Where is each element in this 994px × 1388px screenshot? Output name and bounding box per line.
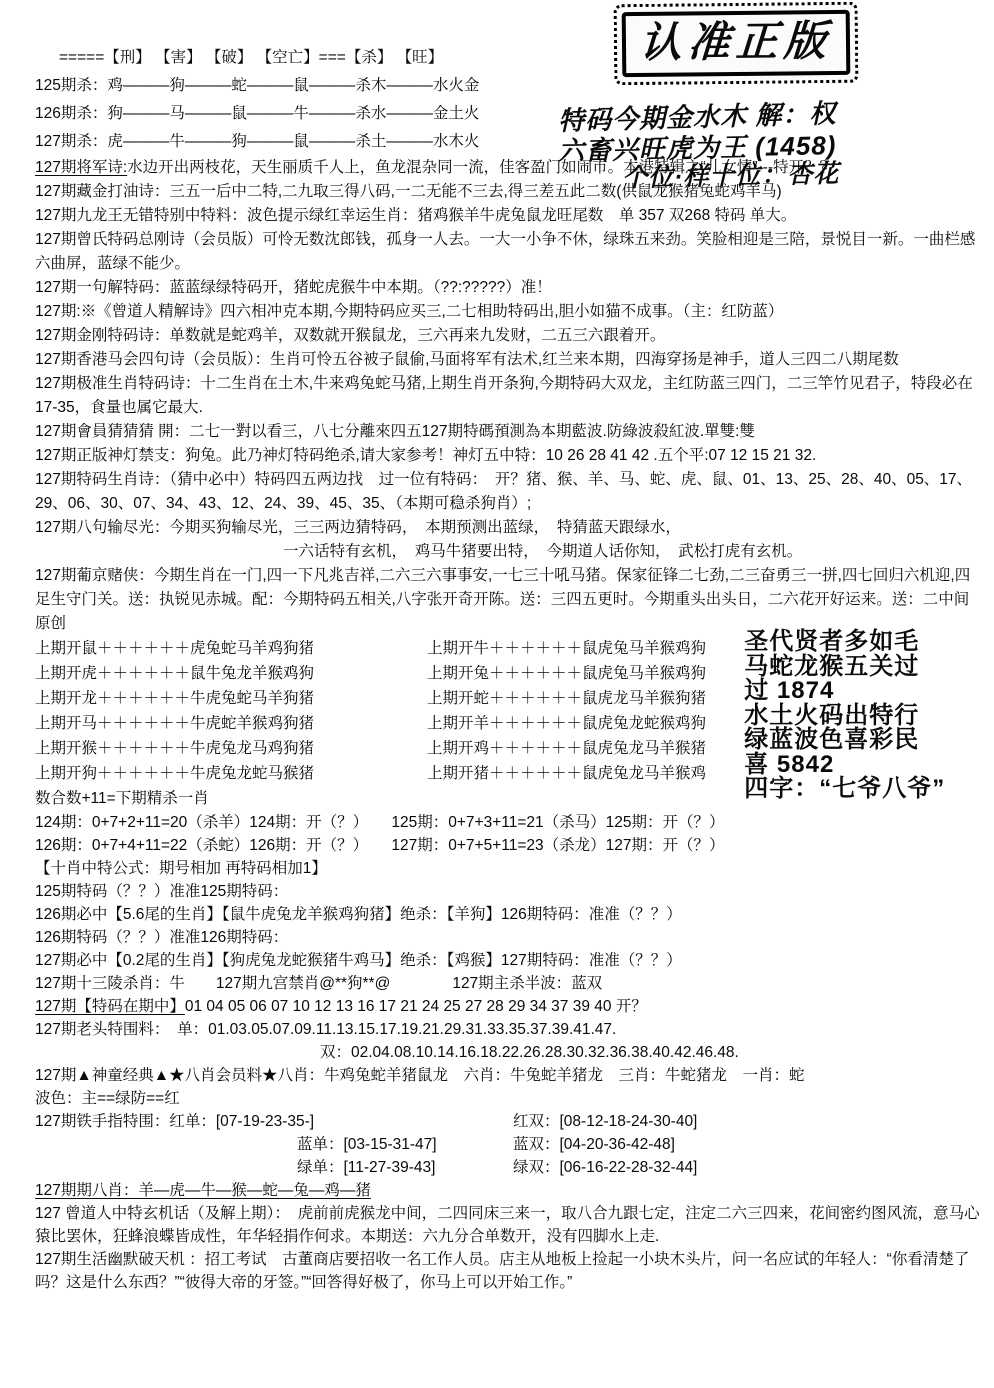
- line-eight-zodiac: 127期期八肖：羊—虎—牛—猴—蛇—兔—鸡—猪: [35, 1179, 980, 1202]
- zodiac-formula-footer: 数合数+11=下期精杀一肖: [35, 786, 744, 811]
- line-hkjc-poem: 127期香港马会四句诗（会员版）：生肖可怜五谷被子鼠偷,马面将军有法术,红兰来本…: [35, 348, 980, 372]
- line-zengshi-poem: 127期曾氏特码总刚诗（会员版）可怜无数沈郎钱，孤身一人去。一大一小争不休，绿珠…: [35, 228, 980, 276]
- line-jiulongwang: 127期九龙王无错特别中特料：波色提示绿红幸运生肖：猪鸡猴羊牛虎兔鼠龙旺尾数 单…: [35, 204, 980, 228]
- line-bashu-1: 127期八句输尽光：今期买狗输尽光，三三两边猜特码， 本期预测出蓝绿， 特猜蓝天…: [35, 516, 980, 540]
- line-127-kill-zodiac: 127期十三陵杀肖：牛 127期九宫禁肖@**狗**@ 127期主杀半波：蓝双: [35, 972, 980, 995]
- iron-blue-double: 蓝双：[04-20-36-42-48]: [513, 1133, 675, 1156]
- iron-finger-row-blue: 蓝单：[03-15-31-47]蓝双：[04-20-36-42-48]: [35, 1133, 980, 1156]
- line-humor-joke: 127期生活幽默破天机 ：招工考试 古董商店要招收一名工作人员。店主从地板上捡起…: [35, 1248, 980, 1294]
- line-member-guess: 127期會員猜猜猜 開：二七一對以看三，八七分離來四五127期特碼預測為本期藍波…: [35, 420, 980, 444]
- zodiac-row: 上期开马＋＋＋＋＋＋牛虎蛇羊猴鸡狗猪上期开羊＋＋＋＋＋＋鼠虎兔龙蛇猴鸡狗: [35, 711, 744, 736]
- iron-red-single: 红单：[07-19-23-35-]: [169, 1113, 314, 1130]
- line-eight-zodiac-text: 127期期八肖：羊—虎—牛—猴—蛇—兔—鸡—猪: [35, 1182, 371, 1199]
- zodiac-row: 上期开龙＋＋＋＋＋＋牛虎兔蛇马羊狗猪上期开蛇＋＋＋＋＋＋鼠虎龙马羊猴狗猪: [35, 686, 744, 711]
- line-126-must-hit: 126期必中【5.6尾的生肖】【鼠牛虎兔龙羊猴鸡狗猪】绝杀：【羊狗】126期特码…: [35, 903, 980, 926]
- big-tip-line: 水土火码出特行: [744, 704, 980, 729]
- stamp-text: 认准正版: [639, 20, 834, 64]
- line-pujing-dux: 127期葡京赌侠：今期生肖在一门,四一下凡兆吉祥,二六三六事事安,一七三十吼马猪…: [35, 564, 980, 612]
- line-laotou-odd: 127期老头特围料： 单：01.03.05.07.09.11.13.15.17.…: [35, 1018, 980, 1041]
- zodiac-cell: 上期开猪＋＋＋＋＋＋鼠虎兔龙马羊猴鸡: [427, 765, 706, 782]
- iron-green-double: 绿双：[06-16-22-28-32-44]: [513, 1156, 697, 1179]
- line-127-in-period-prefix: 127期【特码在期中】: [35, 998, 185, 1015]
- zodiac-row: 上期开猴＋＋＋＋＋＋牛虎兔龙马鸡狗猪上期开鸡＋＋＋＋＋＋鼠虎兔龙马羊猴猪: [35, 736, 744, 761]
- iron-red-double: 红双：[08-12-18-24-30-40]: [513, 1110, 697, 1133]
- last-draw-zodiac-chart: 上期开鼠＋＋＋＋＋＋虎兔蛇马羊鸡狗猪上期开牛＋＋＋＋＋＋鼠虎兔马羊猴鸡狗 上期开…: [35, 636, 744, 811]
- line-formula-126-127: 126期：0+7+4+11=22（杀蛇）126期：开（？） 127期：0+7+5…: [35, 834, 980, 857]
- line-formula-124-125: 124期：0+7+2+11=20（杀羊）124期：开（？） 125期：0+7+3…: [35, 811, 980, 834]
- middle-section: 上期开鼠＋＋＋＋＋＋虎兔蛇马羊鸡狗猪上期开牛＋＋＋＋＋＋鼠虎兔马羊猴鸡狗 上期开…: [35, 636, 980, 811]
- stamp-frame: 认准正版: [622, 10, 851, 77]
- zodiac-cell: 上期开虎＋＋＋＋＋＋鼠牛兔龙羊猴鸡狗: [35, 661, 427, 686]
- zodiac-cell: 上期开猴＋＋＋＋＋＋牛虎兔龙马鸡狗猪: [35, 736, 427, 761]
- line-125-special: 125期特码（？？）准准125期特码：: [35, 880, 980, 903]
- zodiac-cell: 上期开兔＋＋＋＋＋＋鼠虎兔马羊猴鸡狗: [427, 665, 706, 682]
- line-laotou-even: 双：02.04.08.10.14.16.18.22.26.28.30.32.36…: [35, 1041, 980, 1064]
- line-mystery-words: 127 曾道人中特玄机话（及解上期）： 虎前前虎猴龙中间，二四同床三来一，取八合…: [35, 1202, 980, 1248]
- big-tip-line: 圣代贤者多如毛: [744, 630, 980, 655]
- zodiac-cell: 上期开鸡＋＋＋＋＋＋鼠虎兔龙马羊猴猪: [427, 740, 706, 757]
- big-bold-tip-block: 圣代贤者多如毛 马蛇龙猴五关过 过 1874 水土火码出特行 绿蓝波色喜彩民 喜…: [744, 630, 980, 802]
- line-127-in-period-numbers: 01 04 05 06 07 10 12 13 16 17 21 24 25 2…: [185, 998, 647, 1015]
- big-tip-line: 喜 5842: [744, 753, 980, 778]
- lottery-tip-sheet: 认准正版 特码今期金水木 解：权 六畜兴旺虎为王 (1458) 个位·样十位：杏…: [0, 0, 994, 1388]
- zodiac-row: 上期开鼠＋＋＋＋＋＋虎兔蛇马羊鸡狗猪上期开牛＋＋＋＋＋＋鼠虎兔马羊猴鸡狗: [35, 636, 744, 661]
- line-formula-note: 【十肖中特公式：期号相加 再特码相加1】: [35, 857, 980, 880]
- header-right-block: 认准正版 特码今期金水木 解：权 六畜兴旺虎为王 (1458) 个位·样十位：杏…: [556, 0, 994, 185]
- line-jingang-poem: 127期金刚特码诗：单数就是蛇鸡羊，双数就开猴鼠龙，三六再来九发财，二五三六跟着…: [35, 324, 980, 348]
- zodiac-cell: 上期开羊＋＋＋＋＋＋鼠虎兔龙蛇猴鸡狗: [427, 715, 706, 732]
- line-wave-color: 波色：主==绿防==红: [35, 1087, 980, 1110]
- zodiac-cell: 上期开蛇＋＋＋＋＋＋鼠虎龙马羊猴狗猪: [427, 690, 706, 707]
- line-127-in-period: 127期【特码在期中】01 04 05 06 07 10 12 13 16 17…: [35, 995, 980, 1018]
- zodiac-row: 上期开狗＋＋＋＋＋＋牛虎兔龙蛇马猴猪上期开猪＋＋＋＋＋＋鼠虎兔龙马羊猴鸡: [35, 761, 744, 786]
- zodiac-cell: 上期开马＋＋＋＋＋＋牛虎蛇羊猴鸡狗猪: [35, 711, 427, 736]
- big-tip-line: 马蛇龙猴五关过: [744, 655, 980, 680]
- line-zengdaoren-poem: 127期:※《曾道人精解诗》四六相冲克本期,今期特码应买三,二七相助特码出,胆小…: [35, 300, 980, 324]
- iron-finger-row-red: 127期铁手指特围：红单：[07-19-23-35-]红双：[08-12-18-…: [35, 1110, 980, 1133]
- big-tip-line: 四字：“七爷八爷”: [744, 777, 980, 802]
- line-jizhun-poem: 127期极准生肖特码诗：十二生肖在土木,牛来鸡兔蛇马猪,上期生肖开条狗,今期特码…: [35, 372, 980, 420]
- line-one-sentence: 127期一句解特码：蓝蓝绿绿特码开，猪蛇虎猴牛中本期。（??:?????）准！: [35, 276, 980, 300]
- line-shentong-classic: 127期▲神童经典▲★八肖会员料★八肖：牛鸡兔蛇羊猪鼠龙 六肖：牛兔蛇羊猪龙 三…: [35, 1064, 980, 1087]
- line-shendeng-ban: 127期正版神灯禁支：狗兔。此乃神灯特码绝杀,请大家参考！神灯五中特：10 26…: [35, 444, 980, 468]
- big-tip-line: 绿蓝波色喜彩民: [744, 728, 980, 753]
- iron-finger-title: 127期铁手指特围：: [35, 1113, 169, 1130]
- line-zodiac-poem: 127期特码生肖诗：（猜中必中）特码四五两边找 过一位有特码： 开？猪、猴、羊、…: [35, 468, 980, 516]
- iron-finger-row-green: 绿单：[11-27-39-43]绿双：[06-16-22-28-32-44]: [35, 1156, 980, 1179]
- authenticity-stamp: 认准正版: [614, 2, 859, 86]
- line-126-special: 126期特码（？？）准准126期特码：: [35, 926, 980, 949]
- zodiac-cell: 上期开狗＋＋＋＋＋＋牛虎兔龙蛇马猴猪: [35, 761, 427, 786]
- iron-green-single: 绿单：[11-27-39-43]: [297, 1159, 435, 1176]
- line-127-must-hit: 127期必中【0.2尾的生肖】【狗虎兔龙蛇猴猪牛鸡马】绝杀：【鸡猴】127期特码…: [35, 949, 980, 972]
- zodiac-cell: 上期开牛＋＋＋＋＋＋鼠虎兔马羊猴鸡狗: [427, 640, 706, 657]
- big-tip-line: 过 1874: [744, 679, 980, 704]
- zodiac-cell: 上期开鼠＋＋＋＋＋＋虎兔蛇马羊鸡狗猪: [35, 636, 427, 661]
- line-bashu-2: 一六话特有玄机， 鸡马牛猪要出特， 今期道人话你知， 武松打虎有玄机。: [35, 540, 980, 564]
- handwritten-note-line3: 个位·样十位：杏花: [622, 154, 840, 195]
- zodiac-row: 上期开虎＋＋＋＋＋＋鼠牛兔龙羊猴鸡狗上期开兔＋＋＋＋＋＋鼠虎兔马羊猴鸡狗: [35, 661, 744, 686]
- zodiac-cell: 上期开龙＋＋＋＋＋＋牛虎兔蛇马羊狗猪: [35, 686, 427, 711]
- line-general-poem-prefix: 127期将军诗:: [35, 159, 127, 176]
- iron-blue-single: 蓝单：[03-15-31-47]: [297, 1136, 437, 1153]
